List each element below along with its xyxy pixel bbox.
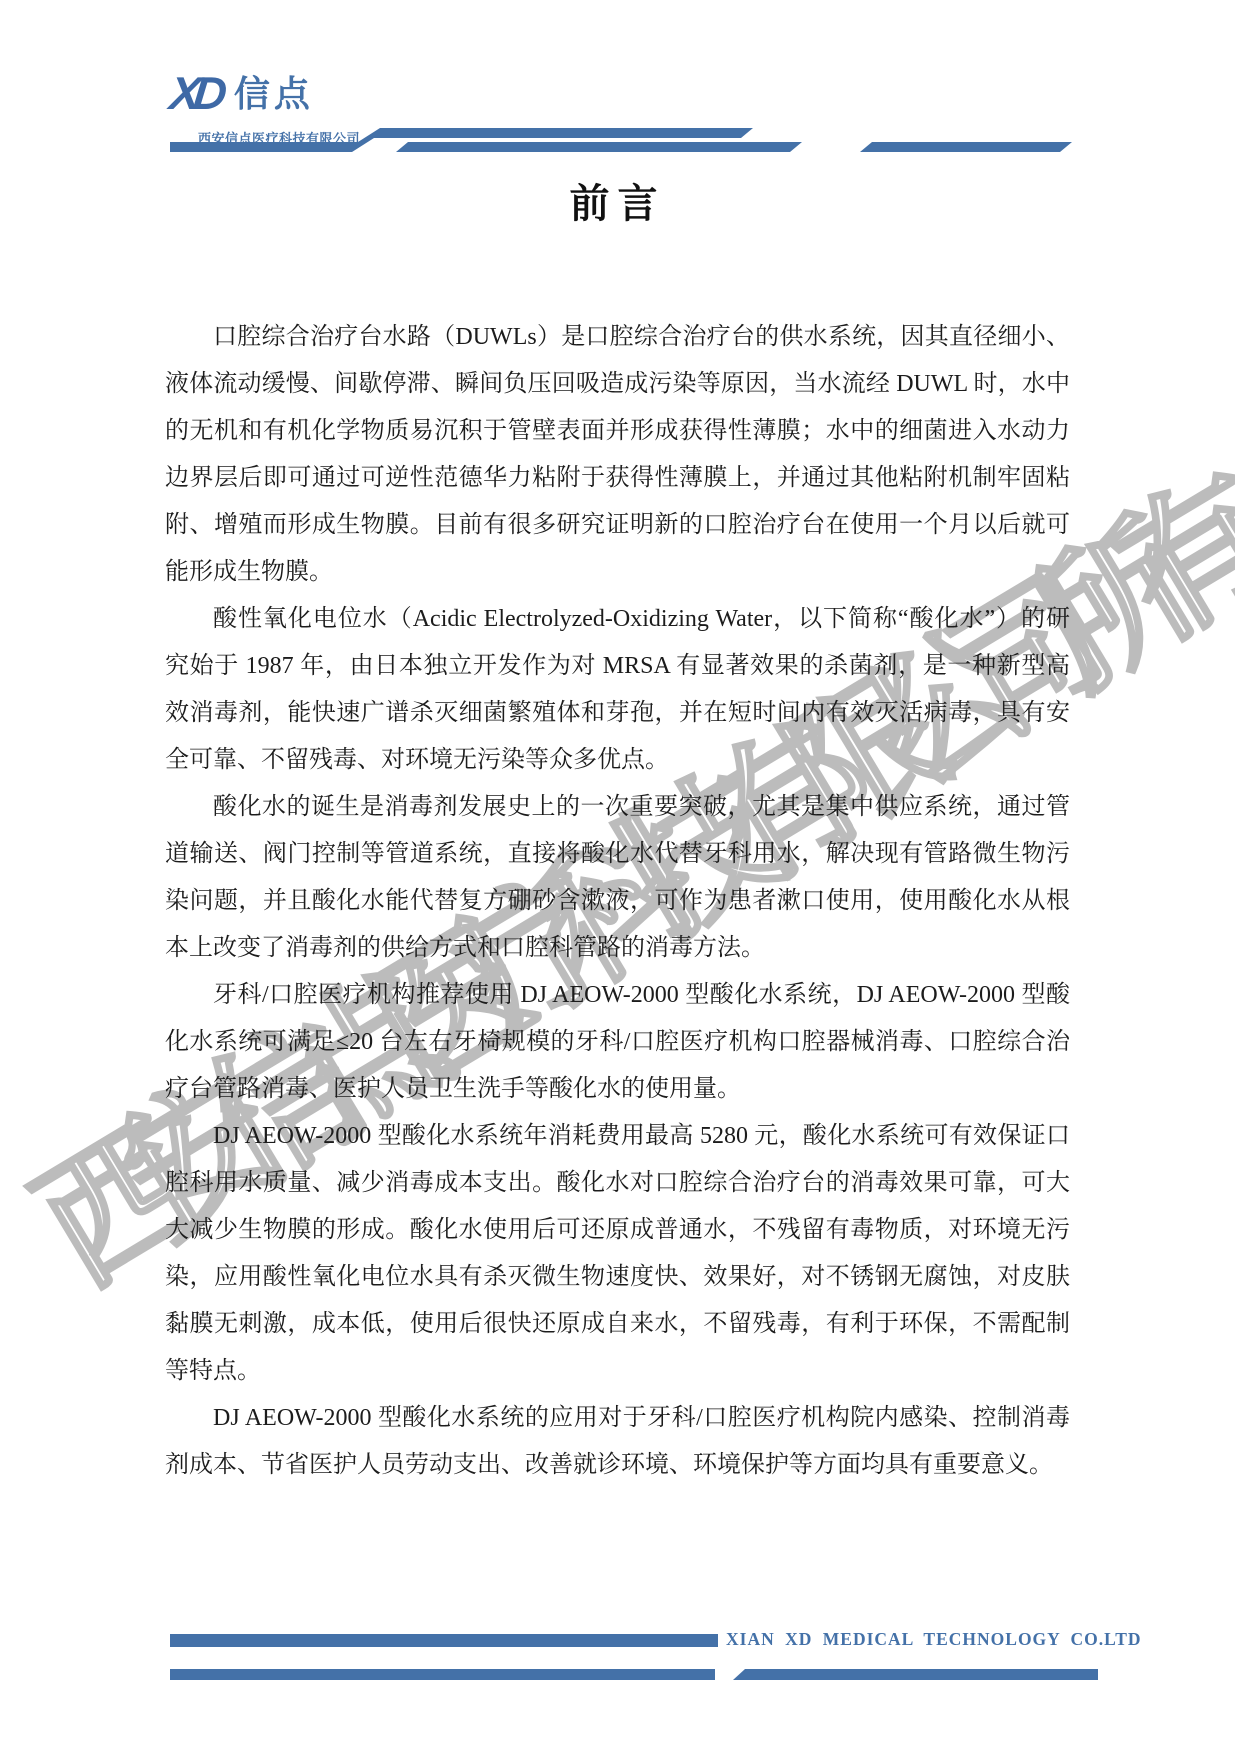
paragraph-2: 酸性氧化电位水（Acidic Electrolyzed-Oxidizing Wa…: [165, 596, 1070, 784]
paragraph-6: DJ AEOW-2000 型酸化水系统的应用对于牙科/口腔医疗机构院内感染、控制…: [165, 1395, 1070, 1489]
paragraph-5: DJ AEOW-2000 型酸化水系统年消耗费用最高 5280 元，酸化水系统可…: [165, 1113, 1070, 1395]
footer-company-text: XIAN XD MEDICAL TECHNOLOGY CO.LTD: [726, 1629, 1142, 1650]
page-title: 前言: [165, 176, 1070, 232]
document-page: 西安信点医疗科技有限公司所有 XD 信点 西安信点医疗科技有限公司 前言 口腔综…: [0, 0, 1235, 1749]
paragraph-1: 口腔综合治疗台水路（DUWLs）是口腔综合治疗台的供水系统，因其直径细小、液体流…: [165, 314, 1070, 596]
paragraph-4: 牙科/口腔医疗机构推荐使用 DJ AEOW-2000 型酸化水系统，DJ AEO…: [165, 972, 1070, 1113]
document-body: 前言 口腔综合治疗台水路（DUWLs）是口腔综合治疗台的供水系统，因其直径细小、…: [165, 176, 1070, 1489]
paragraph-3: 酸化水的诞生是消毒剂发展史上的一次重要突破，尤其是集中供应系统，通过管道输送、阀…: [165, 784, 1070, 972]
